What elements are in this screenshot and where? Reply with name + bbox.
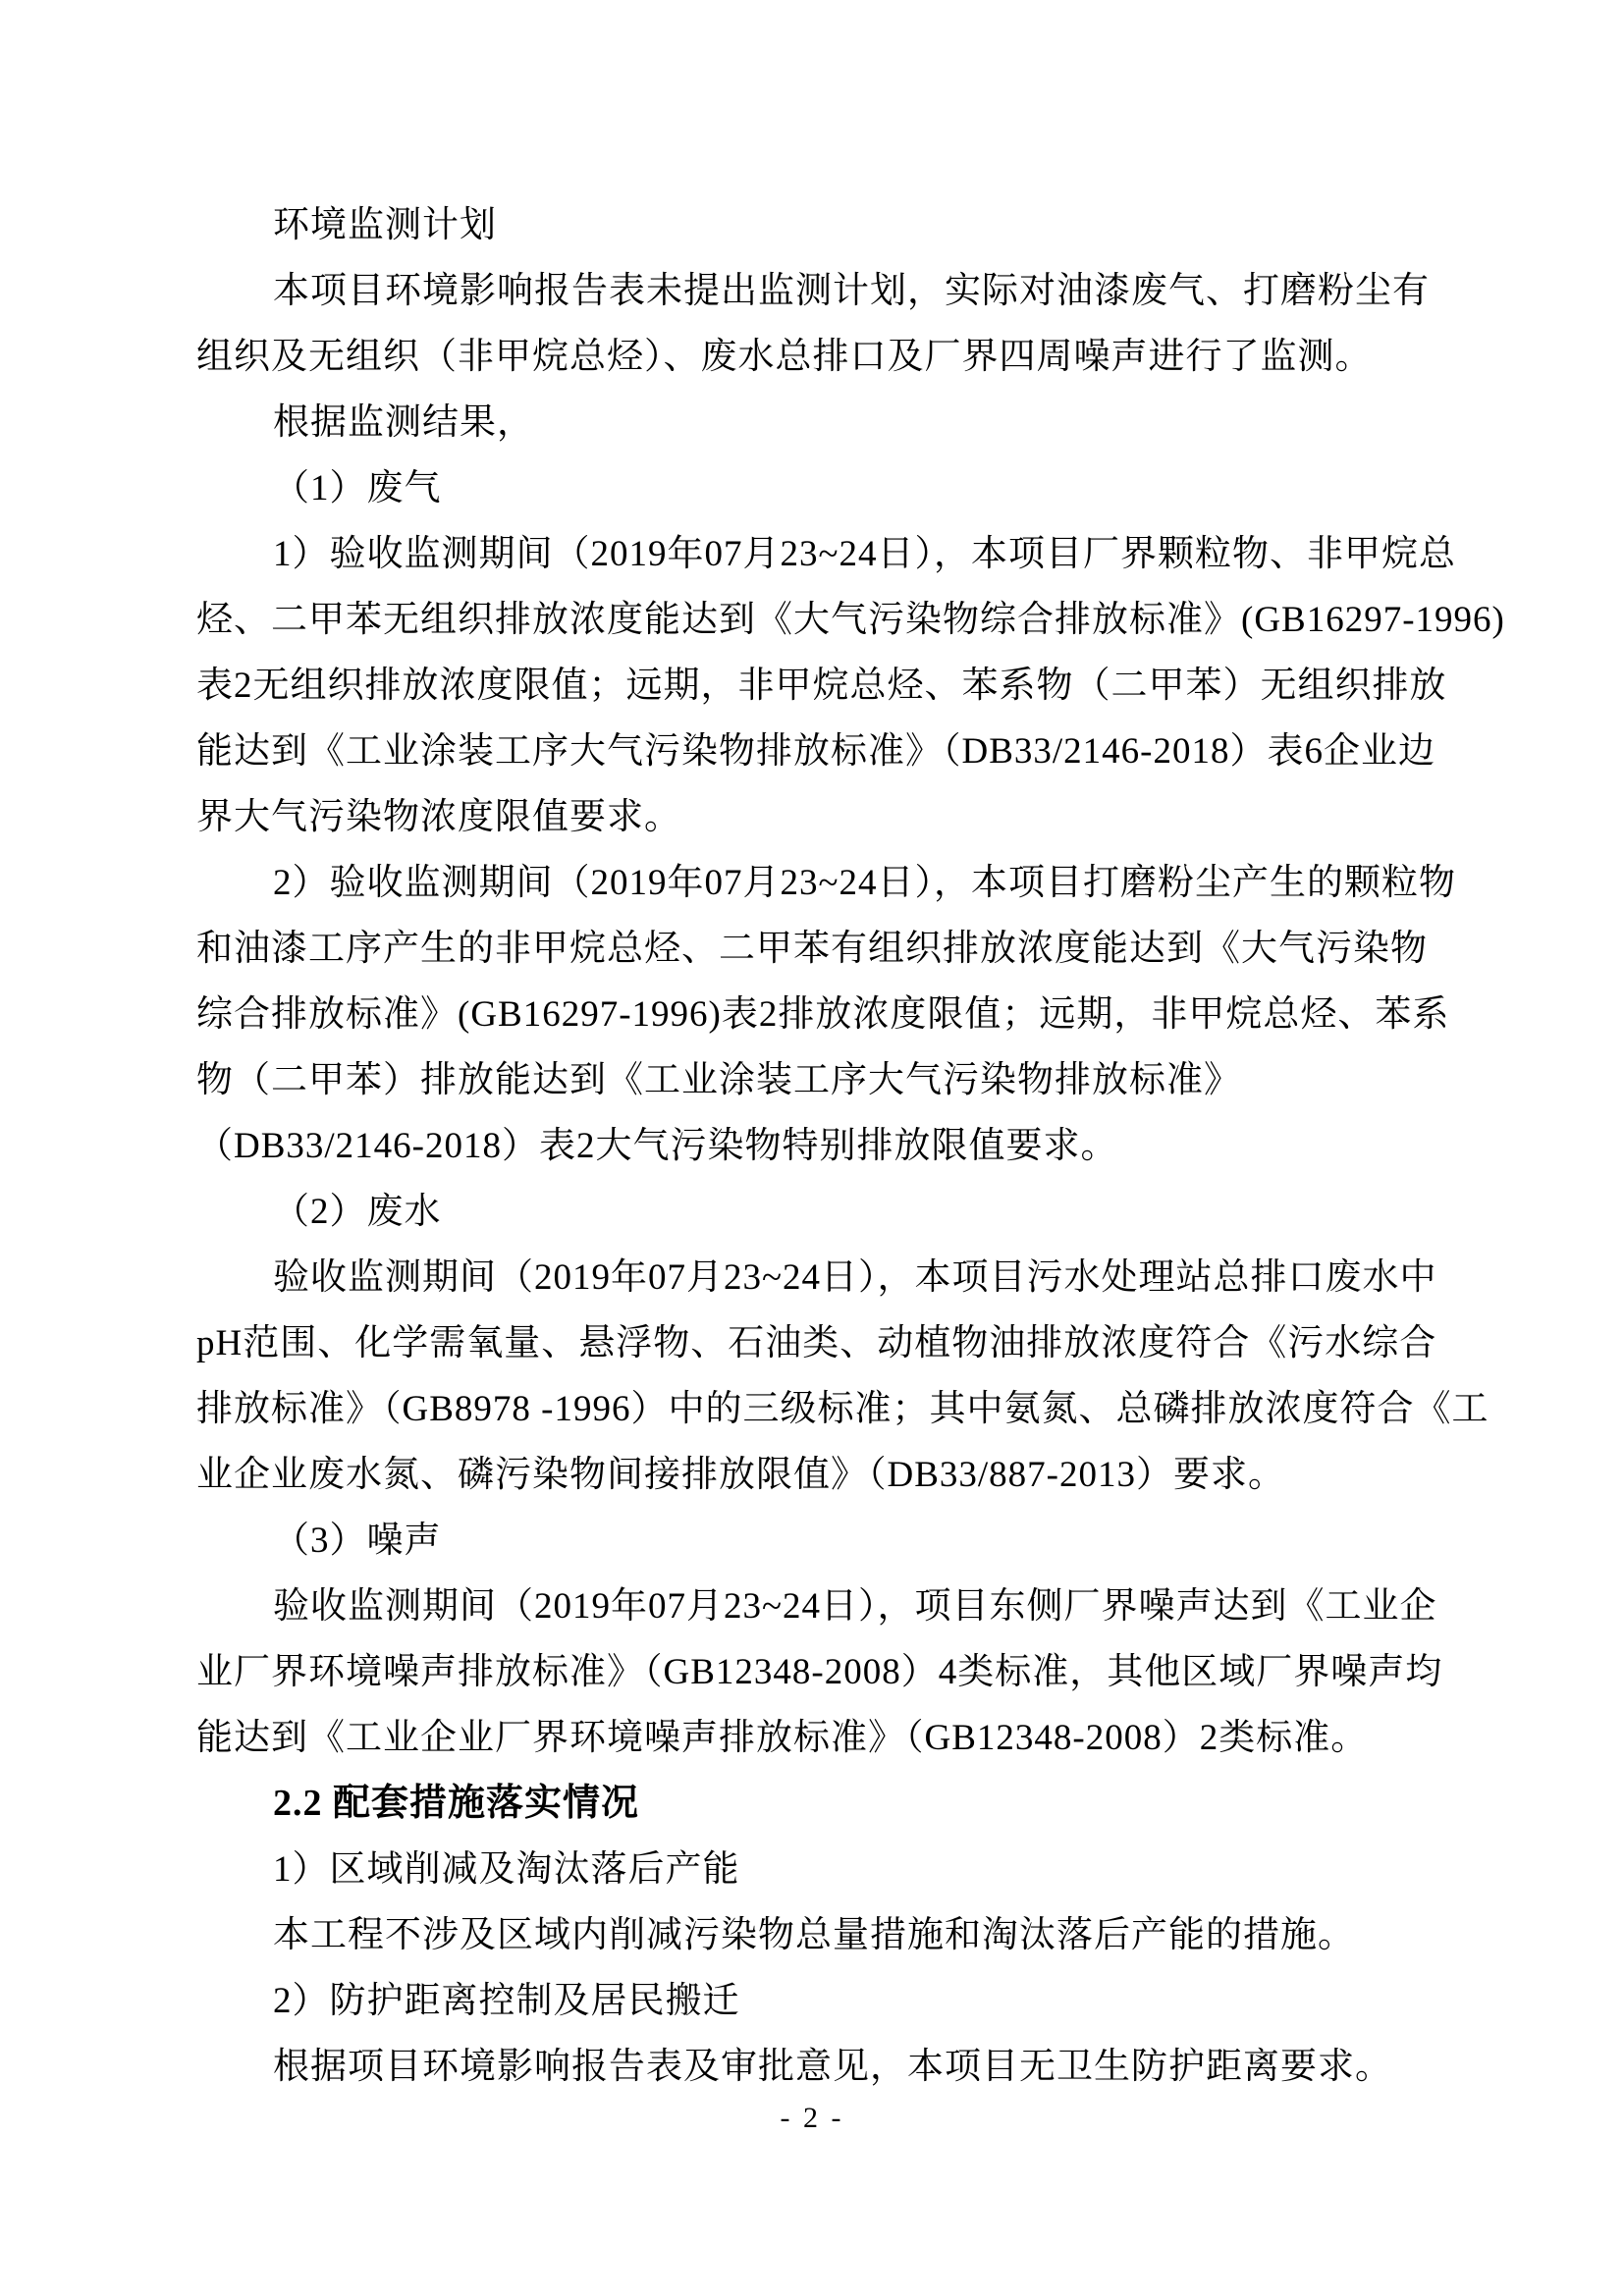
text-line: 界大气污染物浓度限值要求。 — [196, 784, 1463, 850]
text-line: 业厂界环境噪声排放标准》（GB12348-2008）4类标准，其他区域厂界噪声均 — [196, 1639, 1463, 1705]
noise-subheading-line: （3）噪声 — [196, 1508, 1463, 1574]
text-line: （DB33/2146-2018）表2大气污染物特别排放限值要求。 — [196, 1113, 1463, 1179]
text-line: 能达到《工业涂装工序大气污染物排放标准》（DB33/2146-2018）表6企业… — [196, 719, 1463, 784]
text-line: 表2无组织排放浓度限值；远期，非甲烷总烃、苯系物（二甲苯）无组织排放 — [196, 653, 1463, 719]
waste-water-subheading-line: （2）废水 — [196, 1179, 1463, 1245]
text-line: 2）防护距离控制及居民搬迁 — [196, 1968, 1463, 2034]
text-line: 能达到《工业企业厂界环境噪声排放标准》（GB12348-2008）2类标准。 — [196, 1705, 1463, 1771]
text-line: 业企业废水氮、磷污染物间接排放限值》（DB33/887-2013）要求。 — [196, 1442, 1463, 1508]
document-page: 环境监测计划 本项目环境影响报告表未提出监测计划，实际对油漆废气、打磨粉尘有 组… — [0, 0, 1624, 2296]
monitoring-plan-title-line: 环境监测计划 — [196, 192, 1463, 258]
text-line: 烃、二甲苯无组织排放浓度能达到《大气污染物综合排放标准》(GB16297-199… — [196, 587, 1463, 653]
section-heading: 2.2 配套措施落实情况 — [196, 1771, 1463, 1837]
text-line: 验收监测期间（2019年07月23~24日），本项目污水处理站总排口废水中 — [196, 1245, 1463, 1310]
text-line: 综合排放标准》(GB16297-1996)表2排放浓度限值；远期，非甲烷总烃、苯… — [196, 982, 1463, 1047]
text-line: 根据监测结果， — [196, 390, 1463, 455]
text-line: 根据项目环境影响报告表及审批意见，本项目无卫生防护距离要求。 — [196, 2034, 1463, 2100]
waste-gas-subheading-line: （1）废气 — [196, 455, 1463, 521]
text-line: 本工程不涉及区域内削减污染物总量措施和淘汰落后产能的措施。 — [196, 1902, 1463, 1968]
page-footer: - 2 - — [0, 2099, 1624, 2138]
text-line: 本项目环境影响报告表未提出监测计划，实际对油漆废气、打磨粉尘有 — [196, 258, 1463, 324]
text-line: 1）验收监测期间（2019年07月23~24日），本项目厂界颗粒物、非甲烷总 — [196, 521, 1463, 587]
text-line: 和油漆工序产生的非甲烷总烃、二甲苯有组织排放浓度能达到《大气污染物 — [196, 916, 1463, 982]
text-line: 排放标准》（GB8978 -1996）中的三级标准；其中氨氮、总磷排放浓度符合《… — [196, 1376, 1463, 1442]
text-line: 组织及无组织（非甲烷总烃）、废水总排口及厂界四周噪声进行了监测。 — [196, 324, 1463, 390]
text-line: 验收监测期间（2019年07月23~24日），项目东侧厂界噪声达到《工业企 — [196, 1574, 1463, 1639]
document-body: 环境监测计划 本项目环境影响报告表未提出监测计划，实际对油漆废气、打磨粉尘有 组… — [196, 192, 1463, 2100]
text-line: pH范围、化学需氧量、悬浮物、石油类、动植物油排放浓度符合《污水综合 — [196, 1310, 1463, 1376]
text-line: 1）区域削减及淘汰落后产能 — [196, 1837, 1463, 1902]
page-number: - 2 - — [781, 2102, 844, 2134]
text-line: 2）验收监测期间（2019年07月23~24日），本项目打磨粉尘产生的颗粒物 — [196, 850, 1463, 916]
text-line: 物（二甲苯）排放能达到《工业涂装工序大气污染物排放标准》 — [196, 1047, 1463, 1113]
